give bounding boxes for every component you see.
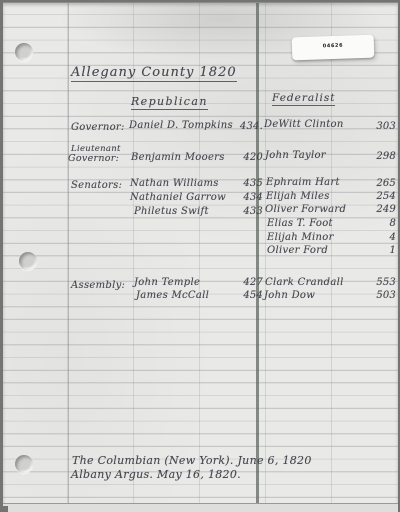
office-label-governor: Governor: bbox=[71, 122, 125, 133]
vote-count: 249 bbox=[368, 204, 396, 215]
vote-count: 503 bbox=[368, 290, 396, 301]
candidate-name: James McCall bbox=[136, 290, 209, 301]
bottom-left-corner bbox=[3, 506, 8, 512]
margin-rule-line bbox=[68, 3, 69, 512]
punch-hole-top bbox=[15, 43, 33, 61]
vote-count: 420 bbox=[236, 152, 263, 163]
candidate-name: John Temple bbox=[134, 277, 200, 288]
vote-count: 265 bbox=[368, 178, 396, 189]
candidate-name: Elias T. Foot bbox=[267, 218, 333, 229]
office-label-lt-governor: Governor: bbox=[68, 153, 119, 164]
office-label-assembly: Assembly: bbox=[71, 280, 125, 291]
vote-count: 427 bbox=[236, 277, 263, 288]
candidate-name: Oliver Ford bbox=[267, 245, 328, 256]
vote-count: 454 bbox=[236, 290, 263, 301]
candidate-name: Nathan Williams bbox=[130, 178, 219, 189]
vote-count: 298 bbox=[368, 151, 396, 162]
column-header-republican: Republican bbox=[131, 95, 208, 110]
vote-count: 1 bbox=[368, 245, 396, 256]
punch-hole-bottom bbox=[15, 455, 33, 473]
candidate-name: John Taylor bbox=[265, 150, 326, 161]
vote-count: 8 bbox=[368, 218, 396, 229]
vote-count: 435 bbox=[236, 178, 263, 189]
candidate-name: DeWitt Clinton bbox=[264, 119, 344, 130]
candidate-name: Daniel D. Tompkins bbox=[129, 120, 233, 131]
archival-number-sticker: 04626 bbox=[292, 35, 375, 61]
candidate-name: Ephraim Hart bbox=[266, 177, 340, 188]
vote-count: 254 bbox=[368, 191, 396, 202]
page-title: Allegany County 1820 bbox=[71, 65, 237, 82]
ledger-paper-sheet: 04626 Allegany County 1820 Republican Fe… bbox=[3, 2, 398, 512]
office-label-senators: Senators: bbox=[71, 180, 122, 191]
vote-count: 434. bbox=[236, 121, 263, 132]
page-bottom-edge bbox=[3, 503, 398, 512]
center-divider-line bbox=[256, 3, 259, 512]
vote-count: 553 bbox=[368, 277, 396, 288]
candidate-name: Benjamin Mooers bbox=[131, 152, 225, 163]
candidate-name: Nathaniel Garrow bbox=[130, 192, 226, 203]
vote-count: 434 bbox=[236, 192, 263, 203]
source-citation: Albany Argus. May 16, 1820. bbox=[71, 468, 241, 481]
vote-count: 303 bbox=[368, 121, 396, 132]
archival-number: 04626 bbox=[323, 42, 344, 49]
candidate-name: Elijah Minor bbox=[267, 232, 334, 243]
column-header-federalist: Federalist bbox=[272, 92, 335, 106]
candidate-name: Oliver Forward bbox=[265, 204, 346, 215]
vote-count: 433 bbox=[236, 206, 263, 217]
candidate-name: Philetus Swift bbox=[134, 206, 209, 217]
punch-hole-middle bbox=[19, 252, 37, 270]
scanned-document-page: 04626 Allegany County 1820 Republican Fe… bbox=[0, 0, 400, 512]
candidate-name: Clark Crandall bbox=[265, 277, 344, 288]
vote-count: 4 bbox=[368, 232, 396, 243]
candidate-name: Elijah Miles bbox=[266, 191, 330, 202]
candidate-name: John Dow bbox=[264, 290, 315, 301]
source-citation: The Columbian (New York). June 6, 1820 bbox=[72, 454, 312, 467]
